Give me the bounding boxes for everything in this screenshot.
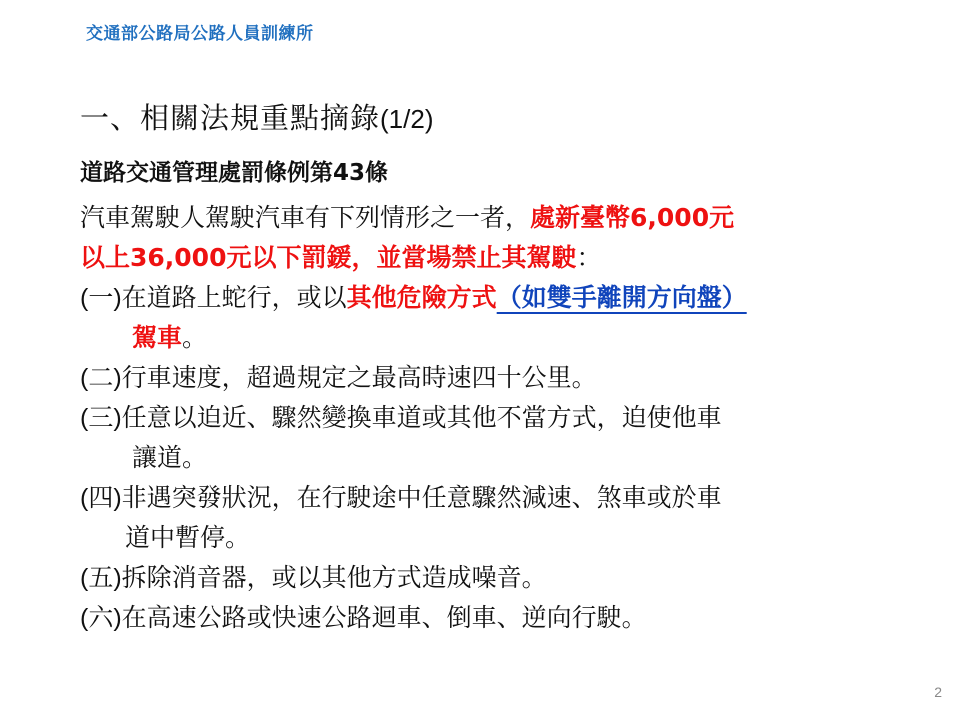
item-label: (二) (80, 364, 122, 392)
item-cont: 。 (182, 323, 207, 352)
item-text-emphasis: 其他危險方式 (347, 283, 497, 312)
list-item-5: (五)拆除消音器，或以其他方式造成噪音。 (80, 558, 940, 598)
page-number: 2 (934, 684, 942, 700)
item-text: 行車速度，超過規定之最高時速四十公里。 (122, 363, 597, 392)
item-cont-emphasis: 駕車 (132, 323, 182, 352)
list-item-1-cont: 駕車。 (80, 318, 940, 358)
intro-line-1: 汽車駕駛人駕駛汽車有下列情形之一者，處新臺幣6,000元 (80, 198, 940, 238)
item-text: 拆除消音器，或以其他方式造成噪音。 (122, 563, 547, 592)
list-item-6: (六)在高速公路或快速公路迴車、倒車、逆向行駛。 (80, 598, 940, 638)
item-text-example: （如雙手離開方向盤） (497, 283, 747, 312)
slide-title: 一、相關法規重點摘錄(1/2) (80, 96, 433, 137)
item-label: (四) (80, 484, 122, 512)
slide-body: 汽車駕駛人駕駛汽車有下列情形之一者，處新臺幣6,000元 以上36,000元以下… (80, 198, 940, 638)
item-cont: 道中暫停。 (125, 523, 250, 552)
intro-line-2: 以上36,000元以下罰鍰，並當場禁止其駕駛： (80, 238, 940, 278)
list-item-3-cont: 讓道。 (80, 438, 940, 478)
slide-subtitle: 道路交通管理處罰條例第43條 (80, 154, 388, 187)
list-item-3: (三)任意以迫近、驟然變換車道或其他不當方式，迫使他車 (80, 398, 940, 438)
item-label: (五) (80, 564, 122, 592)
list-item-4-cont: 道中暫停。 (80, 518, 940, 558)
slide-title-main: 一、相關法規重點摘錄 (80, 101, 380, 135)
intro-penalty-1: 處新臺幣6,000元 (530, 203, 734, 232)
item-text: 非遇突發狀況，在行駛途中任意驟然減速、煞車或於車 (122, 483, 722, 512)
item-cont: 讓道。 (132, 443, 207, 472)
item-label: (三) (80, 404, 122, 432)
intro-colon: ： (576, 243, 601, 272)
organization-header: 交通部公路局公路人員訓練所 (86, 19, 314, 44)
item-label: (六) (80, 604, 122, 632)
list-item-2: (二)行車速度，超過規定之最高時速四十公里。 (80, 358, 940, 398)
intro-penalty-2: 以上36,000元以下罰鍰，並當場禁止其駕駛 (80, 243, 576, 272)
item-text: 在道路上蛇行，或以 (122, 283, 347, 312)
item-text: 任意以迫近、驟然變換車道或其他不當方式，迫使他車 (122, 403, 722, 432)
list-item-1: (一)在道路上蛇行，或以其他危險方式（如雙手離開方向盤） (80, 278, 940, 318)
slide-title-suffix: (1/2) (380, 104, 433, 134)
item-text: 在高速公路或快速公路迴車、倒車、逆向行駛。 (122, 603, 647, 632)
list-item-4: (四)非遇突發狀況，在行駛途中任意驟然減速、煞車或於車 (80, 478, 940, 518)
intro-text: 汽車駕駛人駕駛汽車有下列情形之一者， (80, 203, 530, 232)
item-label: (一) (80, 284, 122, 312)
